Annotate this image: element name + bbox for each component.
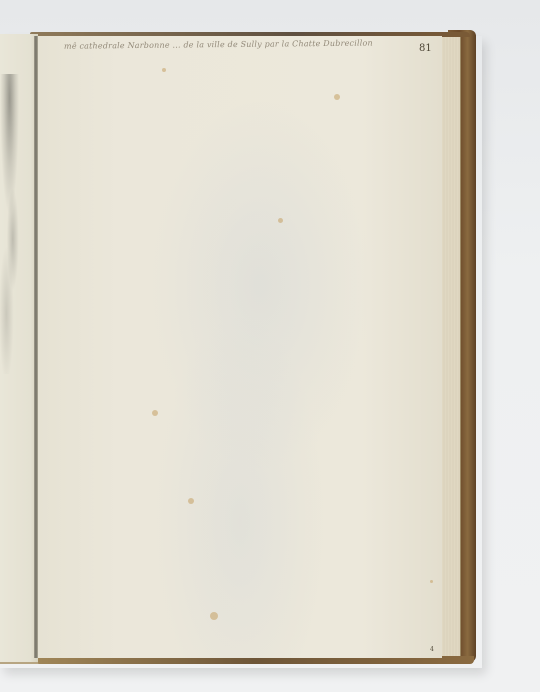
foxing-spot xyxy=(162,68,166,72)
foxing-spot xyxy=(334,94,340,100)
foxing-spot xyxy=(210,612,218,620)
bottom-mark: 4 xyxy=(430,646,434,653)
left-page xyxy=(0,34,38,664)
left-page-sketch xyxy=(0,74,32,374)
foxing-spot xyxy=(152,410,158,416)
foxing-spot xyxy=(430,580,433,583)
foxing-spot xyxy=(188,498,194,504)
foxing-spot xyxy=(278,218,283,223)
folio-number: 81 xyxy=(419,43,432,54)
right-page xyxy=(38,36,442,658)
